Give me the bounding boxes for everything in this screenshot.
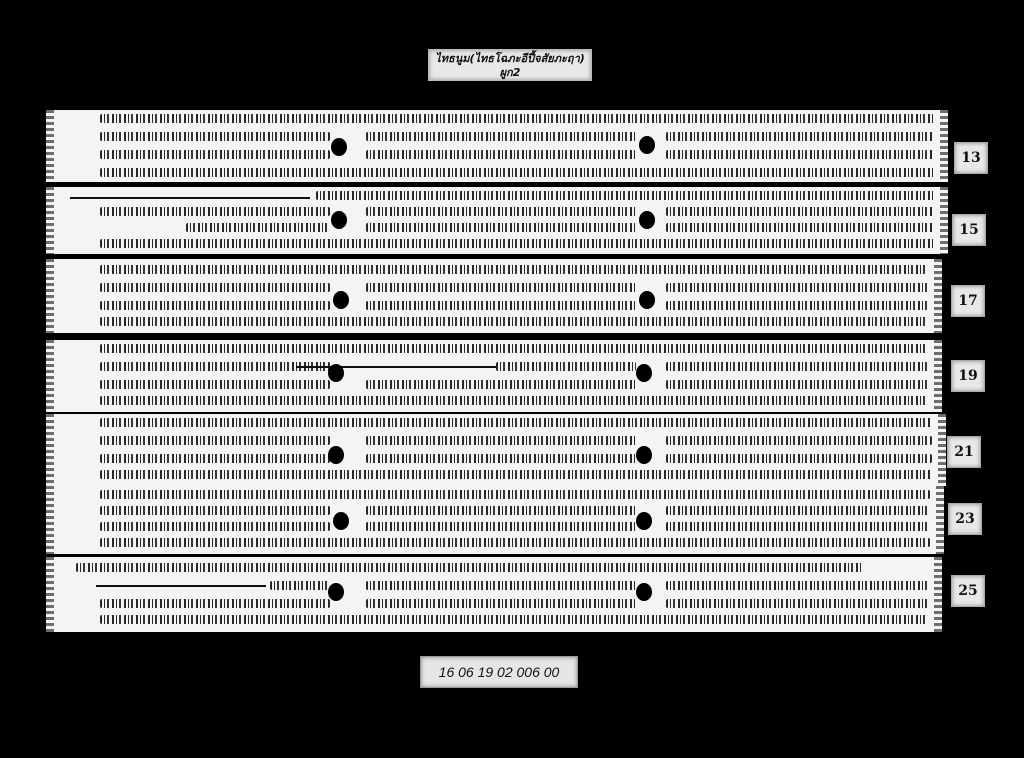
text-line xyxy=(666,301,928,310)
text-line xyxy=(666,207,934,216)
text-line xyxy=(100,168,934,177)
text-line xyxy=(666,132,934,141)
binding-hole-left xyxy=(333,512,349,530)
text-line xyxy=(316,191,934,200)
text-line xyxy=(366,599,636,608)
text-line xyxy=(366,522,636,531)
text-line xyxy=(666,223,934,232)
text-line xyxy=(100,538,930,547)
ruled-line xyxy=(70,197,310,199)
text-line xyxy=(76,563,862,572)
palm-leaf-15 xyxy=(46,187,948,254)
text-line xyxy=(100,301,330,310)
fascicle-label: ผูก2 xyxy=(429,66,591,80)
text-line xyxy=(666,599,928,608)
manuscript-title: ไทธนูม(ไทธโฉภะอีปี้จสัยภะฤา) xyxy=(429,52,591,66)
text-line xyxy=(666,522,930,531)
text-line xyxy=(366,301,636,310)
text-line xyxy=(366,223,636,232)
leaf-number-13: 13 xyxy=(954,142,988,174)
palm-leaf-25 xyxy=(46,557,942,632)
text-line xyxy=(666,454,932,463)
palm-leaf-23 xyxy=(46,486,944,554)
text-line xyxy=(100,418,932,427)
text-line xyxy=(186,223,330,232)
palm-leaf-21 xyxy=(46,414,946,486)
text-line xyxy=(366,132,636,141)
binding-hole-right xyxy=(639,136,655,154)
title-label: ไทธนูม(ไทธโฉภะอีปี้จสัยภะฤา) ผูก2 xyxy=(428,49,592,81)
binding-hole-left xyxy=(328,583,344,601)
text-line xyxy=(100,615,928,624)
text-line xyxy=(666,436,932,445)
text-line xyxy=(366,506,636,515)
text-line xyxy=(270,581,330,590)
text-line xyxy=(100,283,330,292)
leaf-number-19: 19 xyxy=(951,360,985,392)
text-line xyxy=(100,436,330,445)
binding-hole-left xyxy=(331,138,347,156)
text-line xyxy=(100,470,932,479)
text-line xyxy=(366,207,636,216)
text-line xyxy=(100,132,330,141)
text-line xyxy=(100,454,330,463)
text-line xyxy=(100,344,928,353)
text-line xyxy=(666,362,928,371)
text-line xyxy=(100,114,934,123)
leaf-number-17: 17 xyxy=(951,285,985,317)
text-line xyxy=(100,380,330,389)
text-line xyxy=(666,380,928,389)
ruled-line xyxy=(296,366,496,368)
text-line xyxy=(100,265,928,274)
text-line xyxy=(366,283,636,292)
leaf-number-25: 25 xyxy=(951,575,985,607)
text-line xyxy=(100,207,330,216)
text-line xyxy=(366,380,636,389)
palm-leaf-19 xyxy=(46,340,942,412)
binding-hole-right xyxy=(636,364,652,382)
binding-hole-left xyxy=(328,446,344,464)
palm-leaf-13 xyxy=(46,110,948,182)
text-line xyxy=(666,506,930,515)
text-line xyxy=(666,150,934,159)
text-line xyxy=(366,581,636,590)
leaf-number-23: 23 xyxy=(948,503,982,535)
text-line xyxy=(100,490,930,499)
text-line xyxy=(100,317,928,326)
text-line xyxy=(100,150,330,159)
palm-leaf-17 xyxy=(46,259,942,333)
text-line xyxy=(100,506,330,515)
binding-hole-right xyxy=(636,583,652,601)
text-line xyxy=(100,396,928,405)
text-line xyxy=(100,239,934,248)
text-line xyxy=(100,522,330,531)
binding-hole-right xyxy=(636,446,652,464)
leaf-number-15: 15 xyxy=(952,214,986,246)
text-line xyxy=(666,581,928,590)
binding-hole-right xyxy=(639,211,655,229)
text-line xyxy=(100,599,330,608)
text-line xyxy=(366,454,636,463)
binding-hole-left xyxy=(331,211,347,229)
reel-id-label: 16 06 19 02 006 00 xyxy=(420,656,578,688)
leaf-number-21: 21 xyxy=(947,436,981,468)
binding-hole-right xyxy=(639,291,655,309)
ruled-line xyxy=(96,585,266,587)
text-line xyxy=(366,150,636,159)
text-line xyxy=(666,283,928,292)
binding-hole-left xyxy=(333,291,349,309)
binding-hole-right xyxy=(636,512,652,530)
binding-hole-left xyxy=(328,364,344,382)
text-line xyxy=(366,436,636,445)
text-line xyxy=(496,362,636,371)
